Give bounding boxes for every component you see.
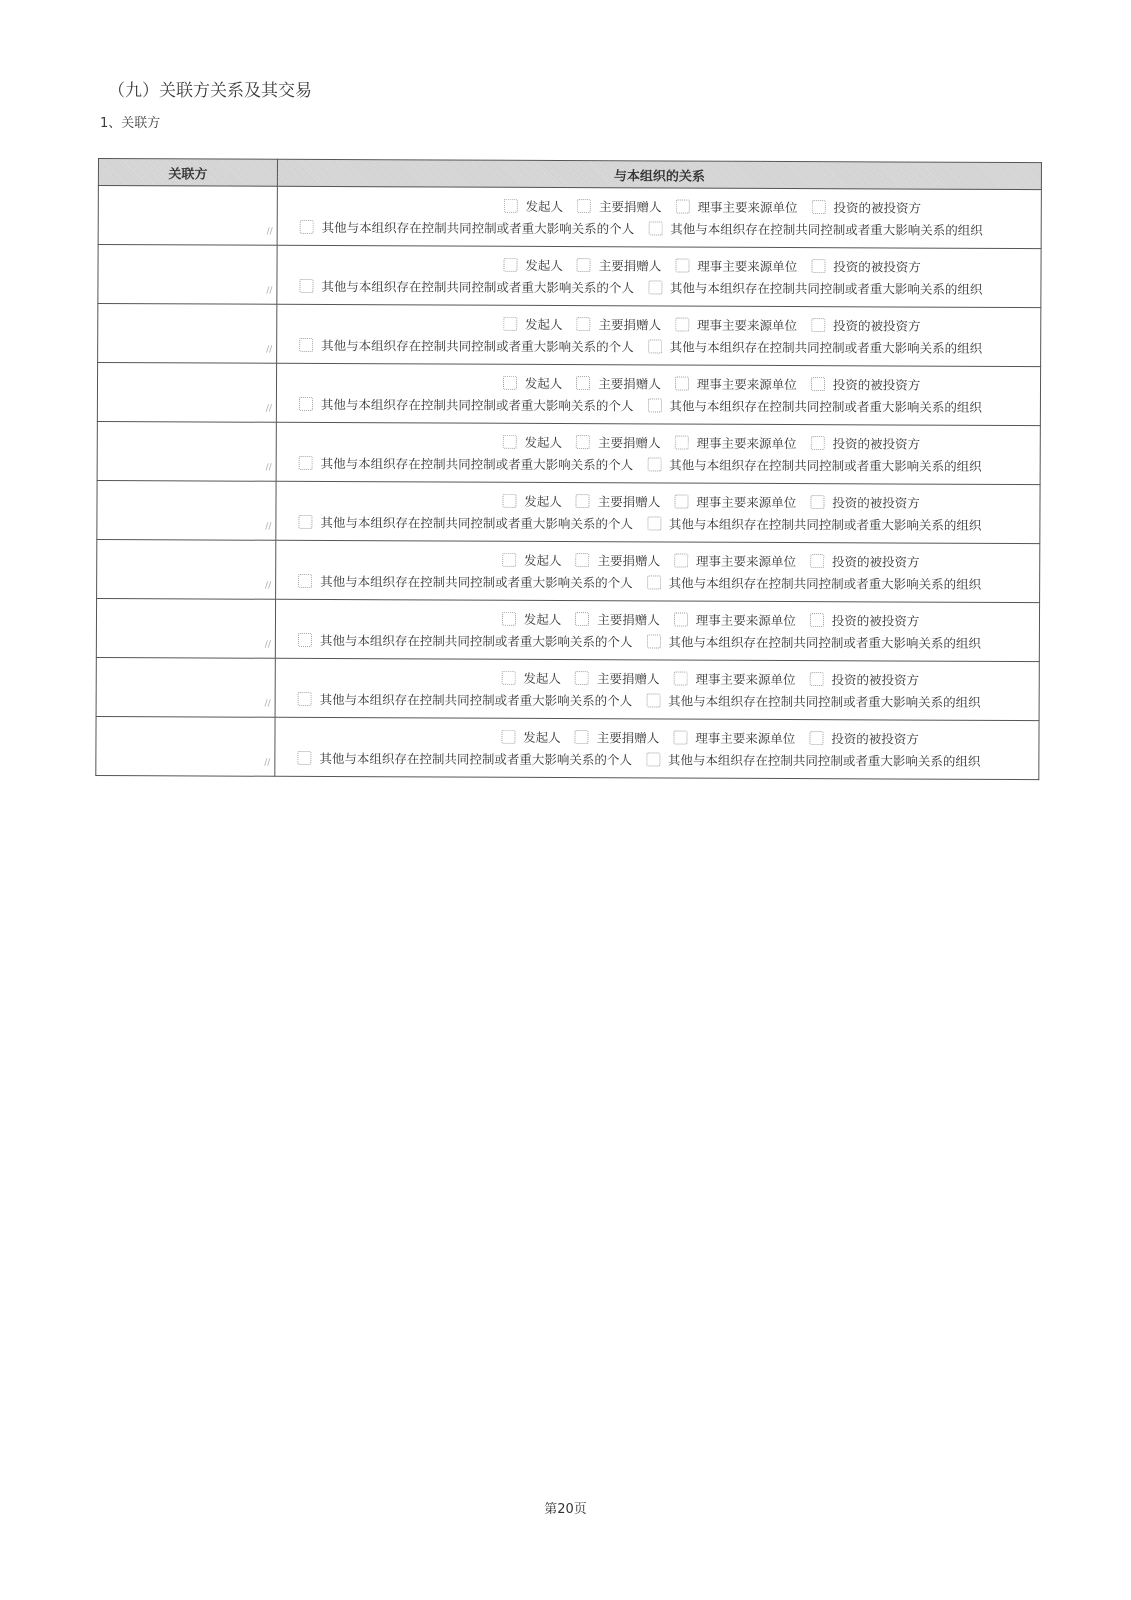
- relationship-option[interactable]: 理事主要来源单位: [674, 551, 796, 570]
- related-party-field[interactable]: //: [96, 657, 275, 717]
- resize-handle-icon[interactable]: //: [265, 640, 271, 650]
- relationship-option[interactable]: 主要捐赠人: [577, 256, 662, 274]
- relationship-option[interactable]: 其他与本组织存在控制共同控制或者重大影响关系的组织: [646, 632, 981, 651]
- relationship-option[interactable]: 发起人: [502, 432, 562, 450]
- resize-handle-icon[interactable]: //: [266, 463, 272, 473]
- checkbox[interactable]: [812, 200, 826, 214]
- option-label: 发起人: [524, 432, 562, 450]
- table-row: //发起人主要捐赠人理事主要来源单位投资的被投资方其他与本组织存在控制共同控制或…: [98, 186, 1041, 249]
- checkbox[interactable]: [647, 398, 661, 412]
- resize-handle-icon[interactable]: //: [264, 758, 270, 768]
- option-label: 投资的被投资方: [834, 198, 922, 216]
- checkbox[interactable]: [299, 337, 313, 351]
- checkbox[interactable]: [575, 612, 589, 626]
- relationship-option[interactable]: 发起人: [502, 550, 562, 568]
- resize-handle-icon[interactable]: //: [265, 522, 271, 532]
- checkbox[interactable]: [674, 612, 688, 626]
- checkbox[interactable]: [503, 316, 517, 330]
- option-label: 其他与本组织存在控制共同控制或者重大影响关系的组织: [669, 455, 982, 474]
- option-label: 其他与本组织存在控制共同控制或者重大影响关系的个人: [321, 394, 634, 413]
- checkbox[interactable]: [647, 575, 661, 589]
- option-label: 其他与本组织存在控制共同控制或者重大影响关系的组织: [668, 750, 981, 769]
- option-label: 其他与本组织存在控制共同控制或者重大影响关系的个人: [320, 571, 633, 590]
- checkbox[interactable]: [674, 435, 688, 449]
- checkbox[interactable]: [809, 731, 823, 745]
- resize-handle-icon[interactable]: //: [266, 404, 272, 414]
- table-row: //发起人主要捐赠人理事主要来源单位投资的被投资方其他与本组织存在控制共同控制或…: [98, 304, 1041, 367]
- checkbox[interactable]: [502, 493, 516, 507]
- option-label: 发起人: [525, 196, 563, 214]
- relationship-option[interactable]: 其他与本组织存在控制共同控制或者重大影响关系的组织: [647, 455, 982, 474]
- checkbox[interactable]: [647, 457, 661, 471]
- relationship-option[interactable]: 其他与本组织存在控制共同控制或者重大影响关系的组织: [647, 396, 982, 415]
- checkbox[interactable]: [674, 553, 688, 567]
- relationship-option[interactable]: 主要捐赠人: [576, 433, 661, 451]
- table-body: //发起人主要捐赠人理事主要来源单位投资的被投资方其他与本组织存在控制共同控制或…: [96, 186, 1042, 780]
- relationship-option[interactable]: 主要捐赠人: [575, 728, 660, 746]
- relationship-option[interactable]: 发起人: [503, 373, 563, 391]
- option-label: 其他与本组织存在控制共同控制或者重大影响关系的个人: [321, 276, 634, 295]
- relationship-option[interactable]: 其他与本组织存在控制共同控制或者重大影响关系的个人: [300, 217, 635, 236]
- relationship-option[interactable]: 其他与本组织存在控制共同控制或者重大影响关系的组织: [647, 514, 982, 533]
- relationship-option[interactable]: 其他与本组织存在控制共同控制或者重大影响关系的组织: [648, 278, 983, 297]
- checkbox[interactable]: [675, 317, 689, 331]
- related-party-field[interactable]: //: [98, 186, 277, 246]
- related-party-field[interactable]: //: [97, 363, 276, 423]
- relationship-option[interactable]: 投资的被投资方: [811, 257, 921, 275]
- checkbox[interactable]: [502, 611, 516, 625]
- checkbox[interactable]: [577, 258, 591, 272]
- relationship-option[interactable]: 其他与本组织存在控制共同控制或者重大影响关系的组织: [648, 219, 983, 238]
- option-label: 主要捐赠人: [599, 256, 662, 274]
- relationship-option[interactable]: 投资的被投资方: [809, 670, 919, 688]
- related-party-field[interactable]: //: [96, 598, 275, 658]
- relationship-cell: 发起人主要捐赠人理事主要来源单位投资的被投资方其他与本组织存在控制共同控制或者重…: [277, 186, 1041, 248]
- checkbox[interactable]: [297, 750, 311, 764]
- option-label: 理事主要来源单位: [698, 197, 798, 215]
- resize-handle-icon[interactable]: //: [265, 581, 271, 591]
- option-label: 其他与本组织存在控制共同控制或者重大影响关系的个人: [321, 453, 634, 472]
- checkbox[interactable]: [673, 671, 687, 685]
- relationship-option[interactable]: 主要捐赠人: [576, 492, 661, 510]
- relationship-option[interactable]: 其他与本组织存在控制共同控制或者重大影响关系的个人: [298, 630, 633, 649]
- checkbox[interactable]: [575, 671, 589, 685]
- relationship-option[interactable]: 发起人: [501, 668, 561, 686]
- table-row: //发起人主要捐赠人理事主要来源单位投资的被投资方其他与本组织存在控制共同控制或…: [96, 716, 1039, 779]
- table-row: //发起人主要捐赠人理事主要来源单位投资的被投资方其他与本组织存在控制共同控制或…: [97, 363, 1040, 426]
- option-label: 发起人: [525, 255, 563, 273]
- relationship-option[interactable]: 理事主要来源单位: [675, 374, 797, 393]
- page-number: 第20页: [0, 1498, 1131, 1517]
- resize-handle-icon[interactable]: //: [265, 699, 271, 709]
- related-party-field[interactable]: //: [97, 539, 276, 599]
- checkbox[interactable]: [675, 258, 689, 272]
- checkbox[interactable]: [503, 198, 517, 212]
- relationship-option[interactable]: 理事主要来源单位: [676, 197, 798, 216]
- relationship-option[interactable]: 发起人: [502, 491, 562, 509]
- option-label: 投资的被投资方: [831, 729, 919, 747]
- relationship-option[interactable]: 发起人: [503, 196, 563, 214]
- option-label: 发起人: [523, 668, 561, 686]
- relationship-cell: 发起人主要捐赠人理事主要来源单位投资的被投资方其他与本组织存在控制共同控制或者重…: [276, 422, 1040, 484]
- related-party-table: 关联方 与本组织的关系 //发起人主要捐赠人理事主要来源单位投资的被投资方其他与…: [95, 158, 1042, 780]
- option-label: 发起人: [525, 373, 563, 391]
- sub-title: 1、关联方: [100, 112, 160, 131]
- relationship-option[interactable]: 其他与本组织存在控制共同控制或者重大影响关系的个人: [298, 571, 633, 590]
- option-label: 主要捐赠人: [597, 551, 660, 569]
- relationship-option[interactable]: 投资的被投资方: [811, 375, 921, 393]
- checkbox[interactable]: [673, 730, 687, 744]
- option-label: 理事主要来源单位: [697, 256, 797, 274]
- option-label: 主要捐赠人: [598, 374, 661, 392]
- checkbox[interactable]: [810, 613, 824, 627]
- checkbox[interactable]: [298, 691, 312, 705]
- option-label: 投资的被投资方: [833, 375, 921, 393]
- checkbox[interactable]: [674, 494, 688, 508]
- relationship-option[interactable]: 主要捐赠人: [575, 669, 660, 687]
- checkbox[interactable]: [646, 693, 660, 707]
- relationship-option[interactable]: 主要捐赠人: [575, 551, 660, 569]
- table-row: //发起人主要捐赠人理事主要来源单位投资的被投资方其他与本组织存在控制共同控制或…: [97, 421, 1040, 484]
- resize-handle-icon[interactable]: //: [266, 345, 272, 355]
- option-label: 其他与本组织存在控制共同控制或者重大影响关系的组织: [670, 278, 983, 297]
- option-label: 理事主要来源单位: [696, 551, 796, 569]
- option-label: 理事主要来源单位: [696, 433, 796, 451]
- option-label: 发起人: [524, 609, 562, 627]
- checkbox[interactable]: [575, 553, 589, 567]
- checkbox[interactable]: [503, 375, 517, 389]
- relationship-option[interactable]: 理事主要来源单位: [675, 315, 797, 334]
- checkbox[interactable]: [576, 317, 590, 331]
- checkbox[interactable]: [576, 376, 590, 390]
- checkbox[interactable]: [502, 434, 516, 448]
- checkbox[interactable]: [299, 396, 313, 410]
- checkbox[interactable]: [811, 318, 825, 332]
- checkbox[interactable]: [811, 259, 825, 273]
- table-row: //发起人主要捐赠人理事主要来源单位投资的被投资方其他与本组织存在控制共同控制或…: [97, 480, 1040, 543]
- option-label: 主要捐赠人: [598, 433, 661, 451]
- option-label: 投资的被投资方: [832, 552, 920, 570]
- option-label: 其他与本组织存在控制共同控制或者重大影响关系的组织: [668, 691, 981, 710]
- option-label: 主要捐赠人: [597, 728, 660, 746]
- relationship-cell: 发起人主要捐赠人理事主要来源单位投资的被投资方其他与本组织存在控制共同控制或者重…: [277, 245, 1041, 307]
- option-label: 发起人: [523, 727, 561, 745]
- checkbox[interactable]: [811, 377, 825, 391]
- header-related-party: 关联方: [98, 159, 277, 187]
- relationship-option[interactable]: 投资的被投资方: [809, 729, 919, 747]
- checkbox[interactable]: [676, 199, 690, 213]
- option-label: 其他与本组织存在控制共同控制或者重大影响关系的组织: [669, 573, 982, 592]
- relationship-option[interactable]: 其他与本组织存在控制共同控制或者重大影响关系的组织: [647, 573, 982, 592]
- relationship-option[interactable]: 其他与本组织存在控制共同控制或者重大影响关系的个人: [299, 394, 634, 413]
- option-label: 其他与本组织存在控制共同控制或者重大影响关系的个人: [319, 748, 632, 767]
- related-party-field[interactable]: //: [98, 245, 277, 305]
- checkbox[interactable]: [501, 729, 515, 743]
- option-label: 投资的被投资方: [832, 493, 920, 511]
- option-label: 其他与本组织存在控制共同控制或者重大影响关系的个人: [320, 689, 633, 708]
- relationship-option[interactable]: 主要捐赠人: [577, 197, 662, 215]
- checkbox[interactable]: [300, 219, 314, 233]
- checkbox[interactable]: [675, 376, 689, 390]
- option-label: 主要捐赠人: [599, 197, 662, 215]
- header-relationship: 与本组织的关系: [277, 159, 1041, 189]
- checkbox[interactable]: [502, 552, 516, 566]
- checkbox[interactable]: [811, 436, 825, 450]
- option-label: 发起人: [524, 550, 562, 568]
- relationship-option[interactable]: 理事主要来源单位: [675, 256, 797, 275]
- option-label: 其他与本组织存在控制共同控制或者重大影响关系的个人: [321, 335, 634, 354]
- relationship-cell: 发起人主要捐赠人理事主要来源单位投资的被投资方其他与本组织存在控制共同控制或者重…: [275, 717, 1039, 779]
- table-row: //发起人主要捐赠人理事主要来源单位投资的被投资方其他与本组织存在控制共同控制或…: [96, 657, 1039, 720]
- checkbox[interactable]: [647, 516, 661, 530]
- checkbox[interactable]: [576, 494, 590, 508]
- option-label: 主要捐赠人: [598, 315, 661, 333]
- option-label: 主要捐赠人: [597, 669, 660, 687]
- option-label: 理事主要来源单位: [697, 374, 797, 392]
- option-label: 主要捐赠人: [598, 492, 661, 510]
- relationship-cell: 发起人主要捐赠人理事主要来源单位投资的被投资方其他与本组织存在控制共同控制或者重…: [275, 658, 1039, 720]
- checkbox[interactable]: [646, 752, 660, 766]
- option-label: 投资的被投资方: [832, 434, 920, 452]
- checkbox[interactable]: [299, 455, 313, 469]
- relationship-option[interactable]: 理事主要来源单位: [673, 728, 795, 747]
- relationship-option[interactable]: 发起人: [503, 314, 563, 332]
- option-label: 发起人: [525, 314, 563, 332]
- option-label: 其他与本组织存在控制共同控制或者重大影响关系的个人: [320, 512, 633, 531]
- relationship-option[interactable]: 投资的被投资方: [810, 552, 920, 570]
- relationship-option[interactable]: 主要捐赠人: [575, 610, 660, 628]
- checkbox[interactable]: [648, 221, 662, 235]
- relationship-option[interactable]: 投资的被投资方: [812, 198, 922, 216]
- related-party-field[interactable]: //: [98, 304, 277, 364]
- relationship-option[interactable]: 主要捐赠人: [576, 374, 661, 392]
- table-row: //发起人主要捐赠人理事主要来源单位投资的被投资方其他与本组织存在控制共同控制或…: [97, 539, 1040, 602]
- checkbox[interactable]: [810, 495, 824, 509]
- relationship-cell: 发起人主要捐赠人理事主要来源单位投资的被投资方其他与本组织存在控制共同控制或者重…: [277, 304, 1041, 366]
- relationship-option[interactable]: 理事主要来源单位: [673, 669, 795, 688]
- relationship-cell: 发起人主要捐赠人理事主要来源单位投资的被投资方其他与本组织存在控制共同控制或者重…: [276, 481, 1040, 543]
- relationship-option[interactable]: 理事主要来源单位: [674, 492, 796, 511]
- option-label: 其他与本组织存在控制共同控制或者重大影响关系的组织: [670, 337, 983, 356]
- relationship-cell: 发起人主要捐赠人理事主要来源单位投资的被投资方其他与本组织存在控制共同控制或者重…: [276, 540, 1040, 602]
- option-label: 投资的被投资方: [833, 257, 921, 275]
- option-label: 其他与本组织存在控制共同控制或者重大影响关系的个人: [320, 630, 633, 649]
- checkbox[interactable]: [648, 280, 662, 294]
- option-label: 理事主要来源单位: [696, 492, 796, 510]
- resize-handle-icon[interactable]: //: [266, 286, 272, 296]
- relationship-option[interactable]: 投资的被投资方: [810, 493, 920, 511]
- option-label: 理事主要来源单位: [697, 315, 797, 333]
- checkbox[interactable]: [298, 573, 312, 587]
- relationship-option[interactable]: 主要捐赠人: [576, 315, 661, 333]
- option-label: 理事主要来源单位: [695, 669, 795, 687]
- checkbox[interactable]: [577, 199, 591, 213]
- checkbox[interactable]: [298, 514, 312, 528]
- option-label: 投资的被投资方: [833, 316, 921, 334]
- option-label: 主要捐赠人: [597, 610, 660, 628]
- checkbox[interactable]: [503, 257, 517, 271]
- relationship-option[interactable]: 其他与本组织存在控制共同控制或者重大影响关系的组织: [646, 691, 981, 710]
- table-row: //发起人主要捐赠人理事主要来源单位投资的被投资方其他与本组织存在控制共同控制或…: [98, 245, 1041, 308]
- option-label: 其他与本组织存在控制共同控制或者重大影响关系的组织: [668, 632, 981, 651]
- checkbox[interactable]: [501, 670, 515, 684]
- checkbox[interactable]: [648, 339, 662, 353]
- relationship-option[interactable]: 其他与本组织存在控制共同控制或者重大影响关系的个人: [299, 335, 634, 354]
- checkbox[interactable]: [575, 730, 589, 744]
- relationship-option[interactable]: 其他与本组织存在控制共同控制或者重大影响关系的个人: [299, 276, 634, 295]
- option-label: 投资的被投资方: [832, 611, 920, 629]
- relationship-option[interactable]: 发起人: [502, 609, 562, 627]
- relationship-option[interactable]: 其他与本组织存在控制共同控制或者重大影响关系的组织: [648, 337, 983, 356]
- checkbox[interactable]: [576, 435, 590, 449]
- relationship-option[interactable]: 发起人: [503, 255, 563, 273]
- related-party-field[interactable]: //: [97, 421, 276, 481]
- relationship-option[interactable]: 其他与本组织存在控制共同控制或者重大影响关系的个人: [299, 453, 634, 472]
- relationship-option[interactable]: 其他与本组织存在控制共同控制或者重大影响关系的个人: [298, 689, 633, 708]
- relationship-option[interactable]: 投资的被投资方: [810, 434, 920, 452]
- relationship-cell: 发起人主要捐赠人理事主要来源单位投资的被投资方其他与本组织存在控制共同控制或者重…: [275, 599, 1039, 661]
- checkbox[interactable]: [810, 554, 824, 568]
- option-label: 理事主要来源单位: [695, 728, 795, 746]
- checkbox[interactable]: [298, 632, 312, 646]
- checkbox[interactable]: [299, 278, 313, 292]
- relationship-option[interactable]: 其他与本组织存在控制共同控制或者重大影响关系的组织: [646, 750, 981, 769]
- section-title: （九）关联方关系及其交易: [108, 76, 312, 101]
- relationship-option[interactable]: 发起人: [501, 727, 561, 745]
- relationship-cell: 发起人主要捐赠人理事主要来源单位投资的被投资方其他与本组织存在控制共同控制或者重…: [276, 363, 1040, 425]
- option-label: 其他与本组织存在控制共同控制或者重大影响关系的组织: [669, 514, 982, 533]
- option-label: 理事主要来源单位: [696, 610, 796, 628]
- relationship-option[interactable]: 理事主要来源单位: [674, 610, 796, 629]
- table-row: //发起人主要捐赠人理事主要来源单位投资的被投资方其他与本组织存在控制共同控制或…: [96, 598, 1039, 661]
- option-label: 其他与本组织存在控制共同控制或者重大影响关系的个人: [322, 217, 635, 236]
- related-party-field[interactable]: //: [97, 480, 276, 540]
- option-label: 发起人: [524, 491, 562, 509]
- resize-handle-icon[interactable]: //: [267, 227, 273, 237]
- checkbox[interactable]: [646, 634, 660, 648]
- checkbox[interactable]: [809, 672, 823, 686]
- relationship-option[interactable]: 投资的被投资方: [811, 316, 921, 334]
- relationship-option[interactable]: 其他与本组织存在控制共同控制或者重大影响关系的个人: [298, 512, 633, 531]
- relationship-option[interactable]: 投资的被投资方: [810, 611, 920, 629]
- option-label: 其他与本组织存在控制共同控制或者重大影响关系的组织: [670, 219, 983, 238]
- relationship-option[interactable]: 理事主要来源单位: [674, 433, 796, 452]
- related-party-field[interactable]: //: [96, 716, 275, 776]
- option-label: 其他与本组织存在控制共同控制或者重大影响关系的组织: [669, 396, 982, 415]
- option-label: 投资的被投资方: [831, 670, 919, 688]
- relationship-option[interactable]: 其他与本组织存在控制共同控制或者重大影响关系的个人: [297, 748, 632, 767]
